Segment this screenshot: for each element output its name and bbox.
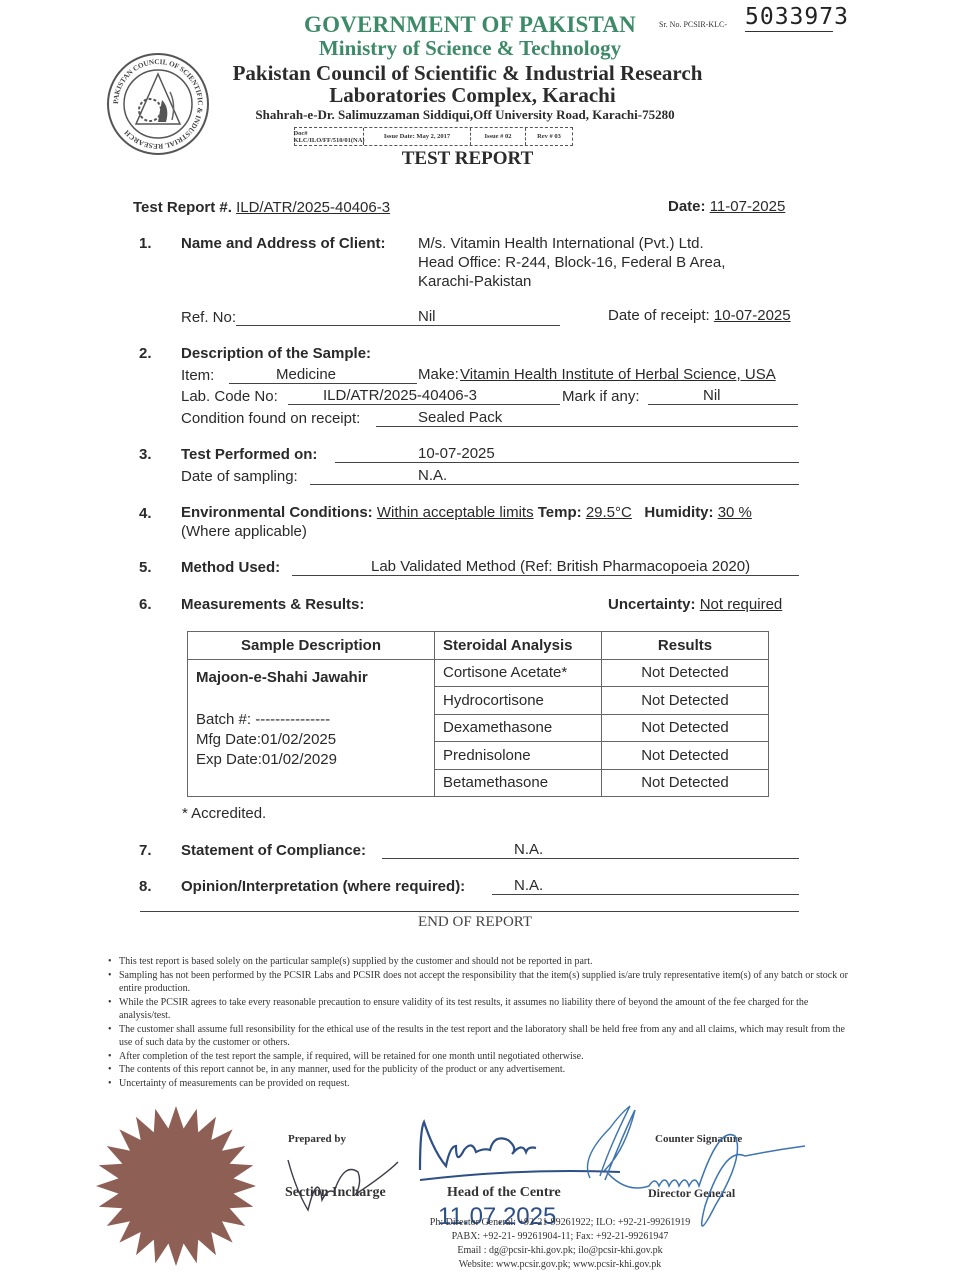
temp-value: 29.5°C xyxy=(586,504,632,521)
item-value: Medicine xyxy=(276,366,336,383)
contact-email: Email : dg@pcsir-khi.gov.pk; ilo@pcsir-k… xyxy=(340,1244,780,1258)
disclaimer-list: This test report is based solely on the … xyxy=(108,955,848,1090)
section-4-number: 4. xyxy=(139,505,152,522)
environment-label: Environmental Conditions: xyxy=(181,504,373,521)
disclaimer-item: While the PCSIR agrees to take every rea… xyxy=(108,996,848,1023)
environment-row: Environmental Conditions: Within accepta… xyxy=(181,504,752,521)
analyte-cell: Betamethasone xyxy=(435,769,602,797)
uncertainty-row: Uncertainty: Not required xyxy=(608,596,782,613)
sample-name: Majoon-e-Shahi Jawahir xyxy=(196,668,426,688)
report-number-label: Test Report #. xyxy=(133,199,232,216)
results-header-row: Sample Description Steroidal Analysis Re… xyxy=(188,632,769,660)
mark-line xyxy=(648,404,798,405)
contact-block: Ph: Director General: +92-21-99261922; I… xyxy=(340,1216,780,1272)
section-2-number: 2. xyxy=(139,345,152,362)
lab-code-line xyxy=(288,404,560,405)
mfg-date: Mfg Date:01/02/2025 xyxy=(196,730,426,750)
client-line-1: M/s. Vitamin Health International (Pvt.)… xyxy=(418,234,725,253)
opinion-value: N.A. xyxy=(514,877,543,894)
test-performed-label: Test Performed on: xyxy=(181,446,317,463)
exp-date: Exp Date:01/02/2029 xyxy=(196,750,426,770)
revision-number: Rev # 03 xyxy=(526,128,572,145)
serial-label: Sr. No. PCSIR-KLC- xyxy=(659,20,727,29)
measurements-label: Measurements & Results: xyxy=(181,596,364,613)
condition-line xyxy=(376,426,798,427)
receipt-label: Date of receipt: xyxy=(608,307,710,324)
ref-no-line xyxy=(236,325,560,326)
section-5-number: 5. xyxy=(139,559,152,576)
sampling-line xyxy=(310,484,799,485)
test-performed-value: 10-07-2025 xyxy=(418,445,495,462)
doc-number: Doc# KLC/ILO/FF/510/01(NA) xyxy=(295,128,364,145)
sample-description-label: Description of the Sample: xyxy=(181,345,371,362)
environment-note: (Where applicable) xyxy=(181,523,307,540)
compliance-line xyxy=(382,858,799,859)
section-8-number: 8. xyxy=(139,878,152,895)
compliance-label: Statement of Compliance: xyxy=(181,842,366,859)
item-line xyxy=(229,383,417,384)
report-date-row: Date: 11-07-2025 xyxy=(668,198,785,215)
disclaimer-item: Uncertainty of measurements can be provi… xyxy=(108,1077,848,1091)
test-performed-line xyxy=(335,462,799,463)
report-number-row: Test Report #. ILD/ATR/2025-40406-3 xyxy=(133,199,390,216)
analyte-cell: Cortisone Acetate* xyxy=(435,659,602,687)
mark-label: Mark if any: xyxy=(562,388,640,405)
section-incharge-signature xyxy=(288,1160,398,1210)
sample-description-cell: Majoon-e-Shahi Jawahir Batch #: --------… xyxy=(188,659,435,797)
disclaimer-item: This test report is based solely on the … xyxy=(108,955,848,969)
sampling-label: Date of sampling: xyxy=(181,468,298,485)
ref-no-label: Ref. No: xyxy=(181,309,236,326)
section-1-number: 1. xyxy=(139,235,152,252)
report-date: 11-07-2025 xyxy=(710,198,786,215)
method-label: Method Used: xyxy=(181,559,280,576)
serial-number: 5033973 xyxy=(745,4,833,32)
client-line-2: Head Office: R-244, Block-16, Federal B … xyxy=(418,253,725,272)
head-of-centre-signature xyxy=(420,1122,536,1170)
disclaimer-item: Sampling has not been performed by the P… xyxy=(108,969,848,996)
header-results: Results xyxy=(602,632,769,660)
result-cell: Not Detected xyxy=(602,769,769,797)
humidity-label: Humidity: xyxy=(644,504,713,521)
section-6-number: 6. xyxy=(139,596,152,613)
result-cell: Not Detected xyxy=(602,687,769,715)
section-7-number: 7. xyxy=(139,842,152,859)
report-title: TEST REPORT xyxy=(0,148,935,170)
disclaimer-item: After completion of the test report the … xyxy=(108,1050,848,1064)
condition-label: Condition found on receipt: xyxy=(181,410,360,427)
temp-label: Temp: xyxy=(538,504,582,521)
analyte-cell: Hydrocortisone xyxy=(435,687,602,715)
contact-phone: Ph: Director General: +92-21-99261922; I… xyxy=(340,1216,780,1230)
mark-value: Nil xyxy=(703,387,721,404)
header-steroidal-analysis: Steroidal Analysis xyxy=(435,632,602,660)
header-address: Shahrah-e-Dr. Salimuzzaman Siddiqui,Off … xyxy=(0,107,930,123)
make-label: Make: xyxy=(418,366,459,383)
opinion-line xyxy=(492,894,799,895)
ref-no-value: Nil xyxy=(418,308,436,325)
receipt-date: 10-07-2025 xyxy=(714,307,791,324)
document-control-box: Doc# KLC/ILO/FF/510/01(NA) Issue Date: M… xyxy=(294,127,573,146)
batch-number: Batch #: --------------- xyxy=(196,710,426,730)
make-value: Vitamin Health Institute of Herbal Scien… xyxy=(460,366,776,383)
client-label: Name and Address of Client: xyxy=(181,235,385,252)
signature-underline xyxy=(420,1171,620,1180)
lab-code-label: Lab. Code No: xyxy=(181,388,278,405)
item-label: Item: xyxy=(181,367,214,384)
issue-date: Issue Date: May 2, 2017 xyxy=(364,128,471,145)
condition-value: Sealed Pack xyxy=(418,409,502,426)
method-value: Lab Validated Method (Ref: British Pharm… xyxy=(371,558,750,575)
method-line xyxy=(292,575,799,576)
end-divider xyxy=(140,911,799,912)
table-row: Majoon-e-Shahi Jawahir Batch #: --------… xyxy=(188,659,769,687)
receipt-row: Date of receipt: 10-07-2025 xyxy=(608,307,791,324)
header-ministry: Ministry of Science & Technology xyxy=(0,36,940,61)
analyte-cell: Prednisolone xyxy=(435,742,602,770)
client-line-3: Karachi-Pakistan xyxy=(418,272,725,291)
section-3-number: 3. xyxy=(139,446,152,463)
result-cell: Not Detected xyxy=(602,659,769,687)
opinion-label: Opinion/Interpretation (where required): xyxy=(181,878,465,895)
humidity-value: 30 % xyxy=(718,504,752,521)
uncertainty-value: Not required xyxy=(700,596,783,613)
result-cell: Not Detected xyxy=(602,742,769,770)
sampling-value: N.A. xyxy=(418,467,447,484)
signature-strokes: 11.07.2025 xyxy=(270,1100,850,1230)
issue-number: Issue # 02 xyxy=(471,128,526,145)
uncertainty-label: Uncertainty: xyxy=(608,596,696,613)
client-address: M/s. Vitamin Health International (Pvt.)… xyxy=(418,234,725,291)
end-of-report: END OF REPORT xyxy=(0,914,950,931)
result-cell: Not Detected xyxy=(602,714,769,742)
contact-website: Website: www.pcsir.gov.pk; www.pcsir-khi… xyxy=(340,1258,780,1272)
contact-pabx: PABX: +92-21- 99261904-11; Fax: +92-21-9… xyxy=(340,1230,780,1244)
compliance-value: N.A. xyxy=(514,841,543,858)
analyte-cell: Dexamethasone xyxy=(435,714,602,742)
director-general-signature xyxy=(605,1110,805,1226)
results-table: Sample Description Steroidal Analysis Re… xyxy=(187,631,769,797)
disclaimer-item: The customer shall assume full resonsibi… xyxy=(108,1023,848,1050)
header-complex: Laboratories Complex, Karachi xyxy=(0,83,945,108)
report-date-label: Date: xyxy=(668,198,706,215)
environment-value: Within acceptable limits xyxy=(377,504,534,521)
accredited-footnote: * Accredited. xyxy=(182,805,266,822)
report-number: ILD/ATR/2025-40406-3 xyxy=(236,199,390,216)
lab-code-value: ILD/ATR/2025-40406-3 xyxy=(323,387,477,404)
header-sample-description: Sample Description xyxy=(188,632,435,660)
stamp-starburst-icon xyxy=(93,1103,259,1269)
disclaimer-item: The contents of this report cannot be, i… xyxy=(108,1063,848,1077)
